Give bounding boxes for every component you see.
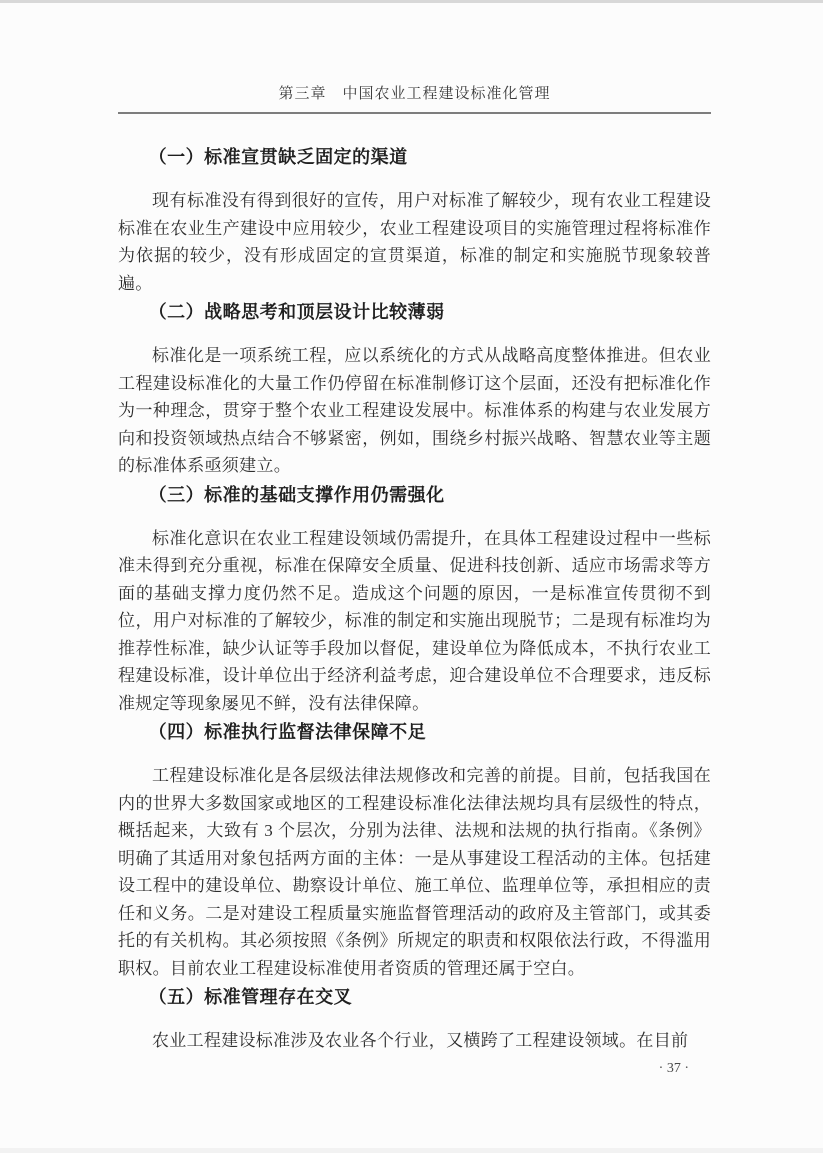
section-2-paragraph: 标准化是一项系统工程，应以系统化的方式从战略高度整体推进。但农业工程建设标准化的… [118, 342, 711, 480]
running-header: 第三章 中国农业工程建设标准化管理 [118, 84, 711, 104]
section-1-paragraph: 现有标准没有得到很好的宣传，用户对标准了解较少，现有农业工程建设标准在农业生产建… [118, 187, 711, 297]
document-page: 第三章 中国农业工程建设标准化管理 （一）标准宣贯缺乏固定的渠道 现有标准没有得… [0, 0, 823, 1153]
scan-edge-bottom [0, 1148, 823, 1153]
section-4-paragraph: 工程建设标准化是各层级法律法规修改和完善的前提。目前，包括我国在内的世界大多数国… [118, 762, 711, 982]
header-rule [118, 112, 711, 114]
section-heading-2: （二）战略思考和顶层设计比较薄弱 [118, 299, 711, 326]
section-3-paragraph: 标准化意识在农业工程建设领域仍需提升，在具体工程建设过程中一些标准未得到充分重视… [118, 525, 711, 718]
section-heading-1: （一）标准宣贯缺乏固定的渠道 [118, 144, 711, 171]
section-heading-5: （五）标准管理存在交叉 [118, 984, 711, 1011]
page-content: 第三章 中国农业工程建设标准化管理 （一）标准宣贯缺乏固定的渠道 现有标准没有得… [118, 0, 711, 1079]
section-heading-4: （四）标准执行监督法律保障不足 [118, 719, 711, 746]
section-5-paragraph: 农业工程建设标准涉及农业各个行业，又横跨了工程建设领域。在目前 [118, 1027, 711, 1055]
section-heading-3: （三）标准的基础支撑作用仍需强化 [118, 482, 711, 509]
page-number: · 37 · [118, 1059, 711, 1079]
